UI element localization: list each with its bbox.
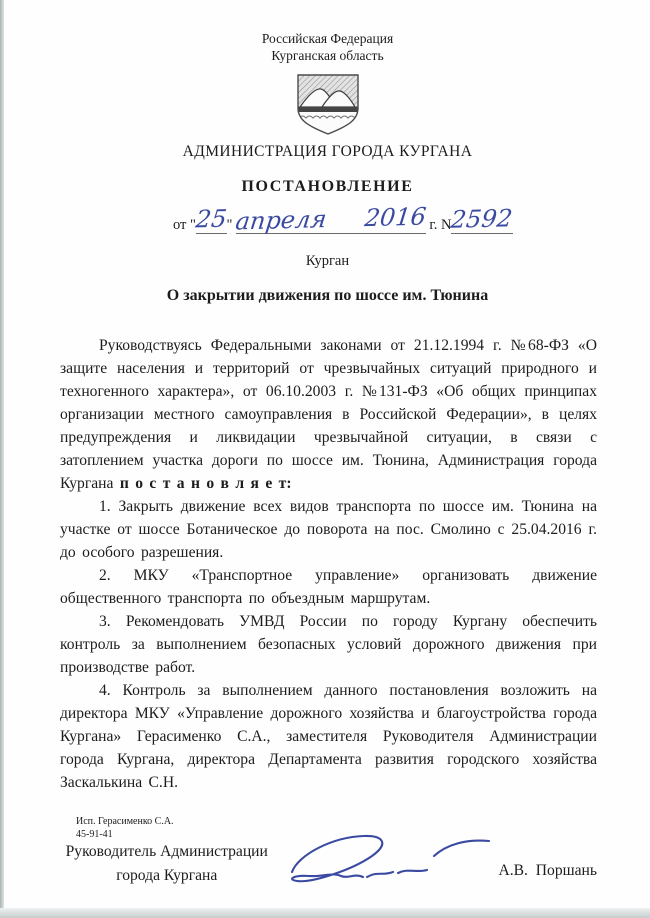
date-prefix: от — [173, 217, 186, 234]
executor-phone: 45-91-41 — [76, 828, 174, 841]
scan-edge-bottom — [0, 908, 650, 918]
document-body: Руководствуясь Федеральными законами от … — [60, 334, 597, 794]
handwritten-month-year: апреля 2016 — [235, 207, 428, 232]
scanned-decree-page: Российская Федерация Курганская область — [0, 0, 650, 918]
executor-footer: Исп. Герасименко С.А. 45-91-41 — [76, 815, 174, 841]
executor-name: Исп. Герасименко С.А. — [76, 815, 174, 828]
item-4: 4. Контроль за выполнением данного поста… — [60, 679, 597, 794]
document-header: Российская Федерация Курганская область — [60, 30, 595, 196]
date-suffix: г. N — [429, 217, 451, 234]
resolves-text: п о с т а н о в л я е т: — [120, 475, 292, 492]
city-label: Курган — [60, 253, 595, 270]
document-content: Российская Федерация Курганская область — [0, 0, 650, 897]
close-quote: " — [227, 217, 233, 234]
signer-position-line1: Руководитель Администрации — [60, 840, 274, 864]
preamble-paragraph: Руководствуясь Федеральными законами от … — [60, 334, 597, 495]
header-region: Курганская область — [60, 47, 595, 64]
header-country: Российская Федерация — [60, 30, 595, 47]
item-1: 1. Закрыть движение всех видов транспорт… — [60, 495, 597, 564]
signature-block: Руководитель Администрации города Курган… — [60, 834, 597, 897]
item-3: 3. Рекомендовать УМВД России по городу К… — [60, 610, 597, 679]
handwritten-signature-icon — [282, 830, 497, 897]
signer-position-line2: города Кургана — [60, 864, 274, 888]
handwritten-number: 2592 — [450, 208, 514, 230]
signer-position: Руководитель Администрации города Курган… — [60, 834, 274, 888]
handwritten-day: 25 — [195, 209, 228, 230]
coat-of-arms-icon — [295, 73, 361, 137]
item-2: 2. МКУ «Транспортное управление» организ… — [60, 564, 597, 610]
signer-name: А.В. Поршань — [499, 834, 598, 880]
doc-type-heading: ПОСТАНОВЛЕНИЕ — [60, 178, 595, 196]
date-number-line: от "25" апреля 2016 г. N2592 — [173, 211, 595, 245]
header-organization: АДМИНИСТРАЦИЯ ГОРОДА КУРГАНА — [60, 143, 595, 161]
preamble-text: Руководствуясь Федеральными законами от … — [60, 337, 597, 492]
document-title: О закрытии движения по шоссе им. Тюнина — [60, 287, 595, 305]
